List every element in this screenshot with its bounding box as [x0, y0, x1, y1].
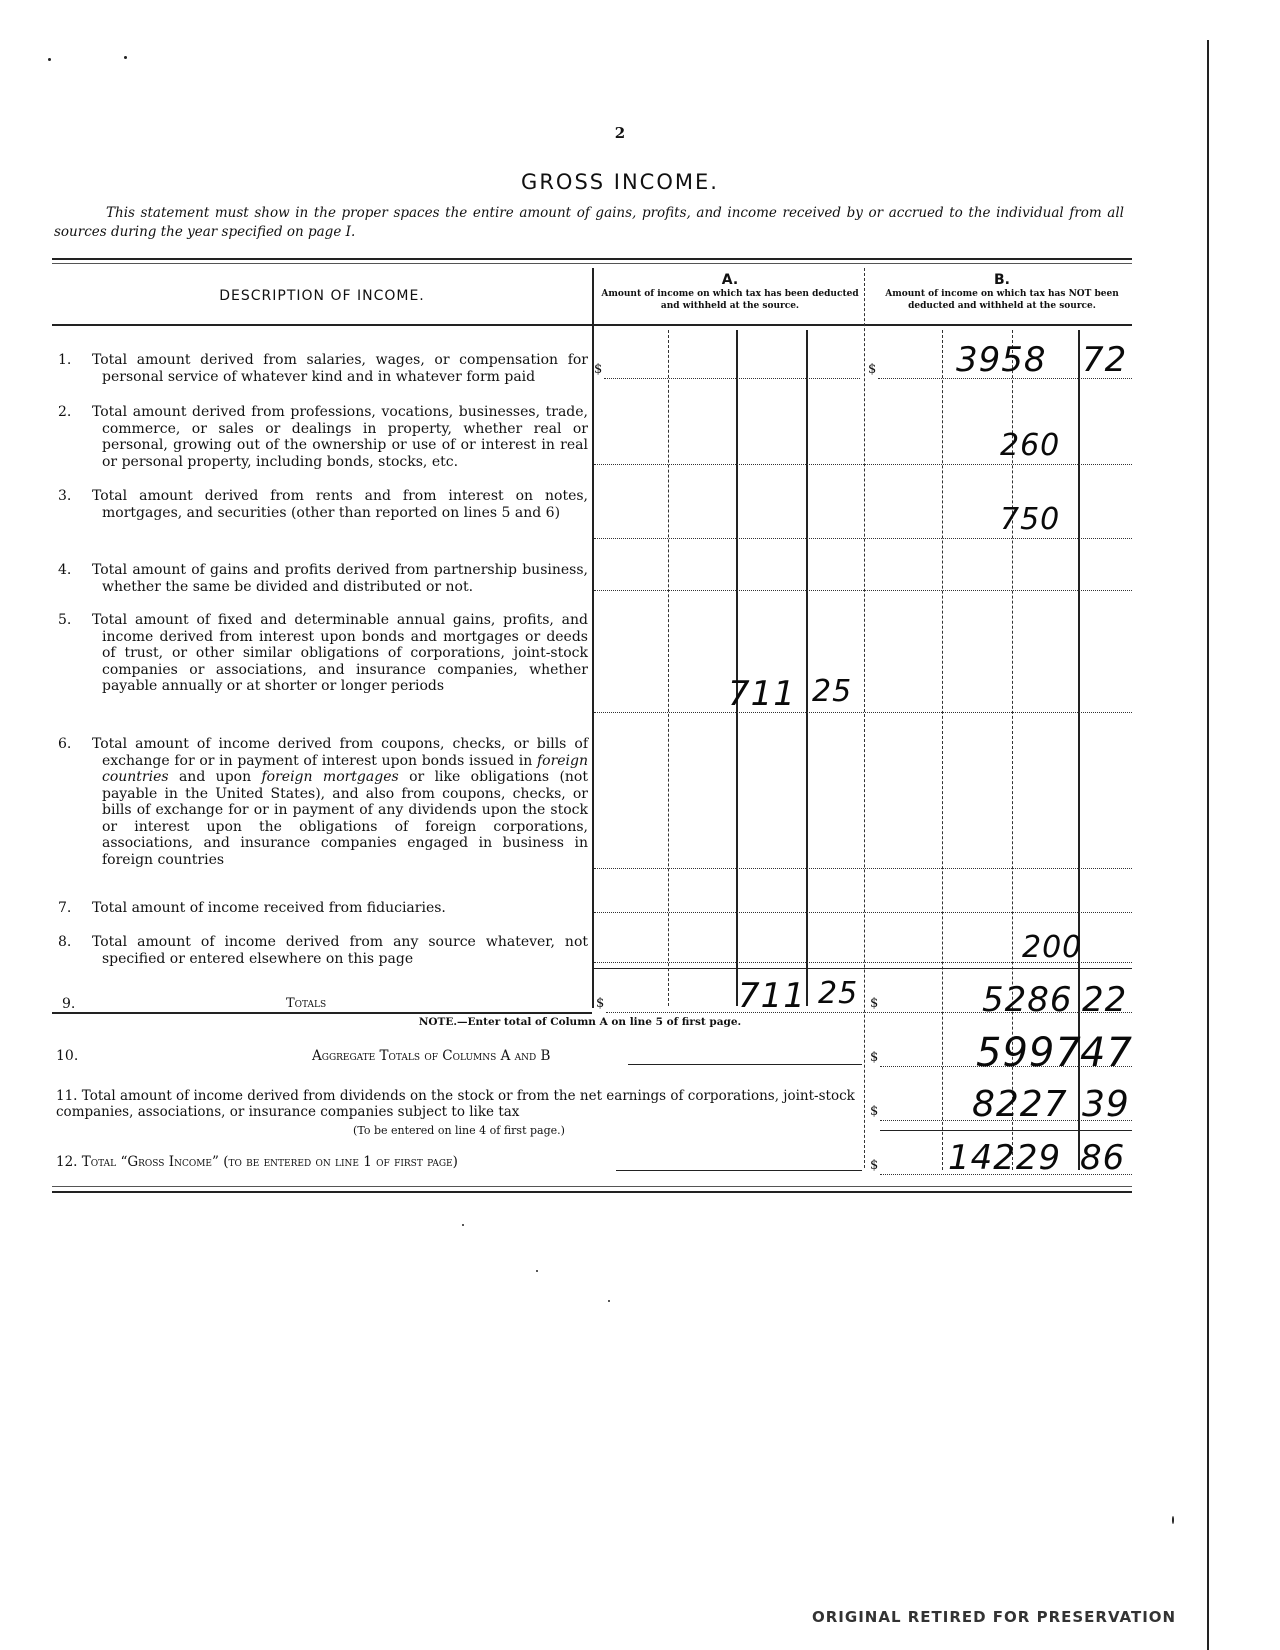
row-6-text: Total amount of income derived from coup… — [92, 736, 588, 868]
row-4-text: Total amount of gains and profits derive… — [92, 562, 588, 595]
totals-col-a-cents: 25 — [818, 976, 858, 1011]
table-top-rule-2 — [52, 263, 1132, 264]
aggregate-number: 10. — [56, 1048, 78, 1064]
column-b-letter: B. — [868, 272, 1136, 288]
col-a-div-1 — [668, 330, 669, 1006]
aggregate-dollar: $ — [870, 1050, 878, 1065]
scan-speck — [1172, 1516, 1174, 1524]
row-7-line[interactable] — [594, 912, 1132, 913]
gross-income-dollar: $ — [870, 1158, 878, 1173]
row-8: 8. Total amount of income derived from a… — [58, 934, 588, 967]
totals-col-a-dollar: $ — [596, 996, 604, 1011]
totals-col-b-dollars: 5286 — [982, 980, 1073, 1020]
scan-speck — [608, 1300, 610, 1302]
row-1-col-b-dollar: $ — [868, 362, 876, 377]
row-1-col-a-line[interactable] — [604, 378, 860, 379]
row-5-text: Total amount of fixed and determinable a… — [92, 612, 588, 695]
row-2-text: Total amount derived from professions, v… — [92, 404, 588, 470]
gross-income-cents: 86 — [1080, 1138, 1125, 1178]
column-a-letter: A. — [596, 272, 864, 288]
dividends-cents: 39 — [1082, 1084, 1130, 1125]
col-a-div-2 — [736, 330, 738, 1006]
row-2-col-b-dollars: 260 — [1000, 428, 1060, 463]
scan-speck — [124, 56, 127, 59]
column-a-header: A. Amount of income on which tax has bee… — [596, 272, 864, 312]
row-1-text: Total amount derived from salaries, wage… — [92, 352, 588, 385]
table-bottom-rule-2 — [52, 1191, 1132, 1193]
row-3: 3. Total amount derived from rents and f… — [58, 488, 588, 521]
row-5-line[interactable] — [594, 712, 1132, 713]
dividends-subnote: (To be entered on line 4 of first page.) — [56, 1124, 862, 1137]
scan-speck — [48, 58, 51, 61]
col-a-div-3 — [806, 330, 808, 1006]
scan-speck — [536, 1270, 538, 1272]
totals-rule — [52, 1012, 592, 1014]
page-edge — [1207, 40, 1209, 1650]
row-3-text: Total amount derived from rents and from… — [92, 488, 588, 521]
totals-col-b-cents: 22 — [1082, 980, 1127, 1020]
table-top-rule — [52, 258, 1132, 260]
row-3-col-b-dollars: 750 — [1000, 502, 1060, 537]
description-header: DESCRIPTION OF INCOME. — [52, 288, 592, 304]
column-b-caption: Amount of income on which tax has NOT be… — [868, 288, 1136, 312]
row-7-text: Total amount of income received from fid… — [92, 900, 588, 917]
row-8-text: Total amount of income derived from any … — [92, 934, 588, 967]
row-2: 2. Total amount derived from professions… — [58, 404, 588, 470]
row-3-line[interactable] — [594, 538, 1132, 539]
aggregate-cents: 47 — [1080, 1030, 1133, 1076]
scan-speck — [462, 1224, 464, 1226]
column-a-note: NOTE.—Enter total of Column A on line 5 … — [0, 1016, 1220, 1028]
aggregate-label: Aggregate Totals of Columns A and B — [312, 1048, 550, 1064]
gross-income-leader — [616, 1170, 862, 1171]
dividends-dollar: $ — [870, 1104, 878, 1119]
column-b-header: B. Amount of income on which tax has NOT… — [868, 272, 1136, 312]
row-1: 1. Total amount derived from salaries, w… — [58, 352, 588, 385]
totals-col-b-dollar: $ — [870, 996, 878, 1011]
dividends-text: Total amount of income derived from divi… — [56, 1088, 855, 1120]
intro-statement: This statement must show in the proper s… — [54, 204, 1124, 242]
row-2-line[interactable] — [594, 464, 1132, 465]
column-a-caption: Amount of income on which tax has been d… — [596, 288, 864, 312]
row-6: 6. Total amount of income derived from c… — [58, 736, 588, 868]
row-7: 7. Total amount of income received from … — [58, 900, 588, 917]
col-a-left-border — [592, 268, 594, 1008]
col-b-div-1 — [942, 330, 943, 1170]
preservation-stamp: ORIGINAL RETIRED FOR PRESERVATION — [812, 1608, 1176, 1626]
totals-number: 9. — [62, 996, 75, 1012]
row-5-col-a-dollars: 711 — [728, 674, 796, 714]
dividends-rule — [880, 1130, 1132, 1131]
page-title: GROSS INCOME. — [0, 170, 1240, 194]
table-bottom-rule — [52, 1186, 1132, 1187]
row-1-col-b-cents: 72 — [1082, 340, 1127, 380]
gross-income-dollars: 14229 — [948, 1138, 1061, 1178]
row-1-col-b-dollars: 3958 — [956, 340, 1047, 380]
totals-label: Totals — [286, 996, 326, 1011]
aggregate-leader — [628, 1064, 862, 1065]
gross-income-label: 12. Total “Gross Income” (to be entered … — [56, 1154, 458, 1170]
dividends-row: 11. Total amount of income derived from … — [56, 1088, 862, 1120]
row-4-line[interactable] — [594, 590, 1132, 591]
aggregate-dollars: 5997 — [976, 1030, 1082, 1076]
row-1-col-a-dollar: $ — [594, 362, 602, 377]
row-4: 4. Total amount of gains and profits der… — [58, 562, 588, 595]
dividends-number: 11. — [56, 1088, 77, 1104]
row-5-col-a-cents: 25 — [812, 674, 852, 709]
row-5: 5. Total amount of fixed and determinabl… — [58, 612, 588, 695]
totals-col-a-dollars: 711 — [738, 976, 806, 1016]
page-number: 2 — [0, 124, 1240, 142]
row-8-col-b-dollars: 200 — [1022, 930, 1082, 965]
col-b-left-border — [864, 268, 865, 1168]
row-6-line[interactable] — [594, 868, 1132, 869]
row-8-rule — [594, 968, 1132, 969]
dividends-dollars: 8227 — [972, 1084, 1068, 1125]
